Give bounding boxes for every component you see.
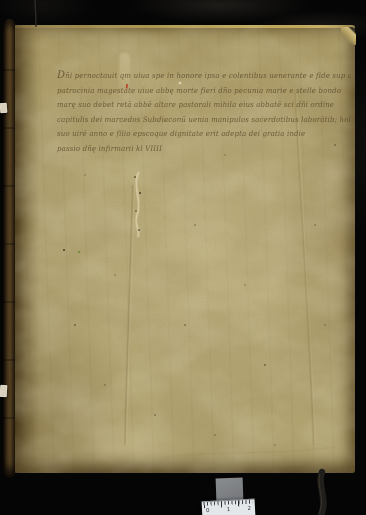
page-top-edge-highlight bbox=[15, 25, 355, 28]
calibration-ruler: 0 1 2 bbox=[202, 499, 256, 515]
page-corner-curl bbox=[341, 27, 356, 45]
bookmark-cord bbox=[321, 472, 324, 515]
vellum-scar bbox=[134, 172, 141, 237]
dark-stain-dot bbox=[63, 249, 65, 251]
parchment-page: Dñi pernoctauit qm uiua spe in honore ip… bbox=[15, 25, 355, 473]
ruler-labels: 0 1 2 bbox=[202, 506, 255, 515]
photo-backdrop: Dñi pernoctauit qm uiua spe in honore ip… bbox=[0, 0, 366, 515]
bookmark-cord-highlight bbox=[319, 474, 322, 513]
text-line: passio dñę infirmarii kl VIIII bbox=[57, 142, 351, 157]
spine-tab-lower bbox=[0, 385, 7, 397]
text-line: Dñi pernoctauit qm uiua spe in honore ip… bbox=[57, 69, 351, 84]
spine-tab-upper bbox=[0, 103, 7, 113]
bottom-wrinkles bbox=[165, 447, 345, 467]
green-stain-fleck bbox=[78, 251, 81, 254]
vertical-crease bbox=[125, 185, 134, 445]
text-line: suo uirē anno e filio epscoque dignitate… bbox=[57, 127, 351, 142]
loose-thread bbox=[35, 0, 36, 27]
calibration-gray-patch bbox=[216, 478, 244, 502]
text-line: marę suo debet retā abbē altare pastoral… bbox=[57, 98, 351, 113]
text-line: patrocinia magestate uiue abbę morte fie… bbox=[57, 84, 351, 99]
ruler-label-0: 0 bbox=[206, 508, 210, 514]
ruler-label-1: 1 bbox=[227, 507, 231, 513]
text-line: capitulis dei marcedos Subdiaconū uenia … bbox=[57, 113, 351, 128]
manuscript-text-block: Dñi pernoctauit qm uiua spe in honore ip… bbox=[57, 69, 351, 157]
gutter-shadow bbox=[15, 25, 41, 473]
ruler-label-2: 2 bbox=[247, 506, 251, 512]
